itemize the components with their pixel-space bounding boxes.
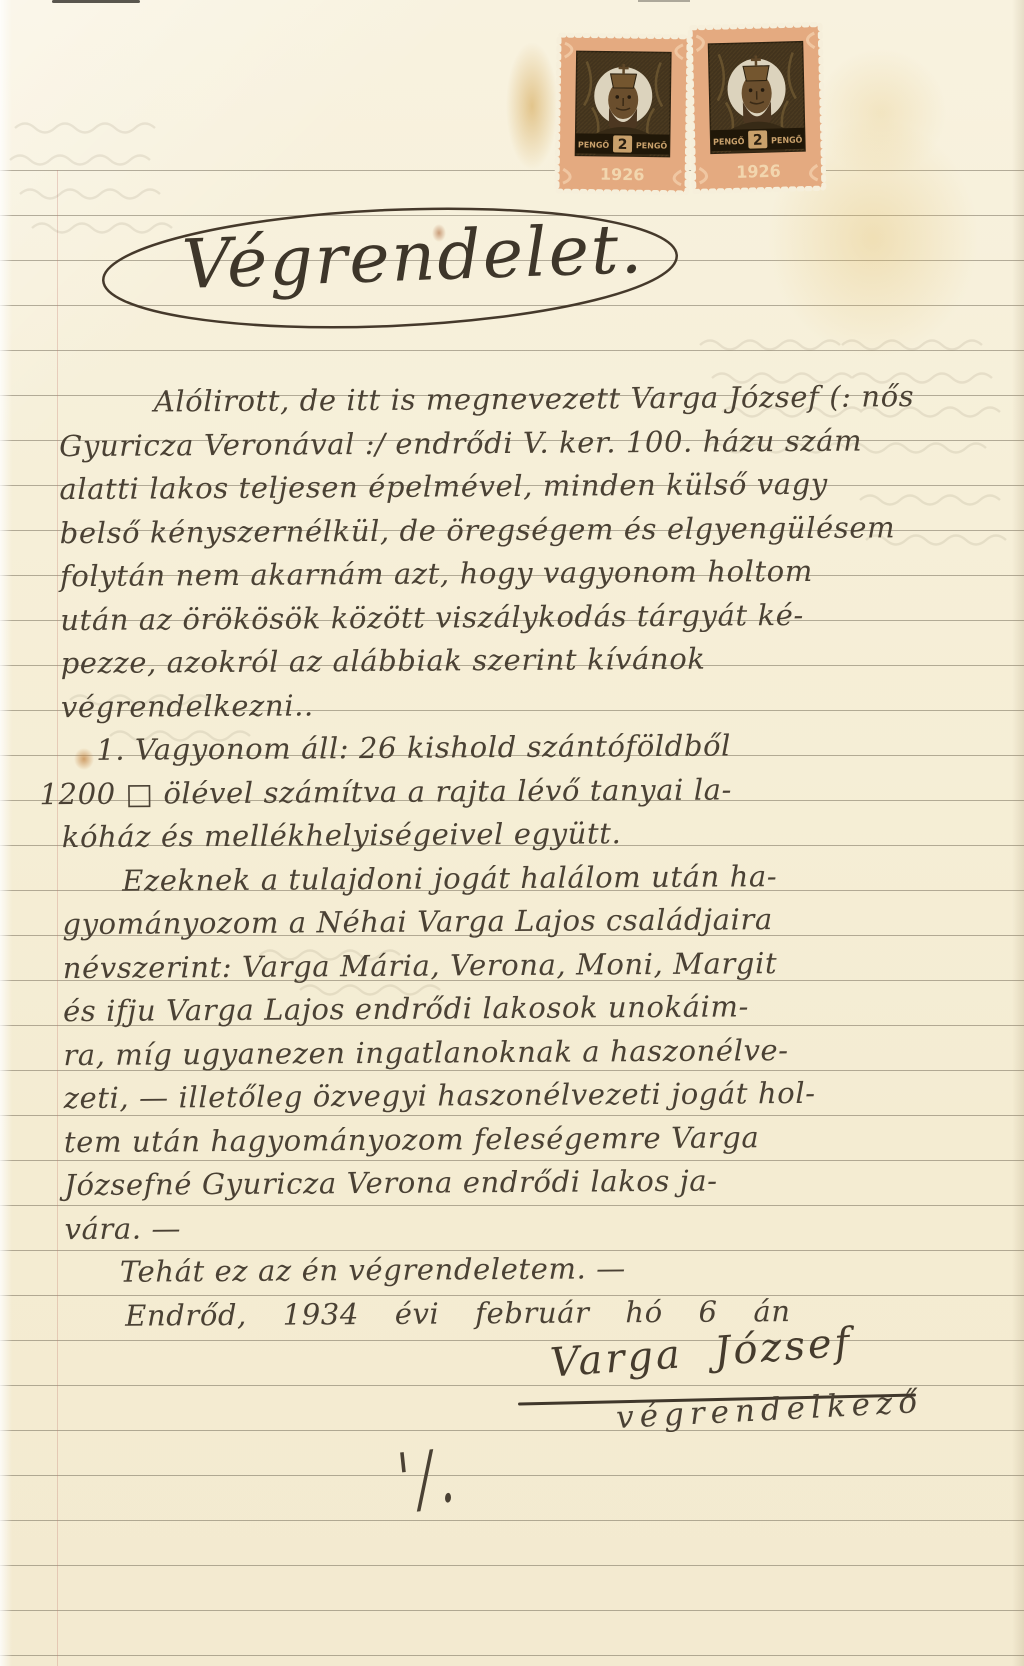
handwritten-line: Alólirott, de itt is megnevezett Varga J… xyxy=(154,374,1021,424)
crown-icon xyxy=(610,74,636,88)
scan-edge-artifact xyxy=(52,0,140,3)
handwritten-line: vára. — xyxy=(64,1201,1024,1251)
stamp-year: 1926 xyxy=(736,161,781,182)
handwritten-line: gyományozom a Néhai Varga Lajos családja… xyxy=(62,896,1024,946)
revenue-stamps: PENGŐ 2 PENGŐ 1926 PENGŐ 2 PE xyxy=(548,20,838,210)
handwritten-line: alatti lakos teljesen épelmével, minden … xyxy=(59,461,1021,511)
handwritten-line: Ezeknek a tulajdoni jogát halálom után h… xyxy=(122,853,1024,903)
crown-icon xyxy=(743,66,769,81)
handwritten-line: és ifju Varga Lajos endrődi lakosok unok… xyxy=(63,983,1024,1033)
revenue-stamp-right: PENGŐ 2 PENGŐ 1926 xyxy=(690,24,824,191)
document-page: PENGŐ 2 PENGŐ 1926 PENGŐ 2 PE xyxy=(0,0,1024,1666)
signature-role: végrendelkező xyxy=(615,1384,924,1436)
handwritten-body: Alólirott, de itt is megnevezett Varga J… xyxy=(0,374,1024,1338)
handwritten-line: folytán nem akarnám azt, hogy vagyonom h… xyxy=(60,548,1022,598)
handwritten-line: 1. Vagyonom áll: 26 kishold szántóföldbő… xyxy=(96,722,1023,772)
stamp-value: 2 xyxy=(753,132,763,149)
stamp-denomination-right: PENGŐ xyxy=(636,140,668,150)
page-title: Végrendelet. xyxy=(181,210,645,305)
handwritten-line: zeti, — illetőleg özvegyi haszonélvezeti… xyxy=(64,1070,1024,1120)
stamp-denomination-right: PENGŐ xyxy=(771,134,803,145)
revenue-stamp-left: PENGŐ 2 PENGŐ 1926 xyxy=(557,35,689,193)
scan-edge-artifact xyxy=(638,0,690,2)
handwritten-line: névszerint: Varga Mária, Verona, Moni, M… xyxy=(63,940,1024,990)
handwritten-line: tem után hagyományozom feleségemre Varga xyxy=(64,1114,1024,1164)
handwritten-line: belső kényszernélkül, de öregségem és el… xyxy=(60,505,1022,555)
handwritten-line: 1200 □ ölével számítva a rajta lévő tany… xyxy=(39,766,1023,816)
closing-mark: '/. xyxy=(394,1432,463,1524)
stamp-denomination-left: PENGŐ xyxy=(578,139,610,149)
handwritten-line: pezze, azokról az alábbiak szerint kíván… xyxy=(60,635,1022,685)
handwritten-line: után az örökösök között viszálykodás tár… xyxy=(60,592,1022,642)
handwritten-line: kóház és mellékhelyiségeivel együtt. xyxy=(62,809,1024,859)
handwritten-line: ra, míg ugyanezen ingatlanoknak a haszon… xyxy=(63,1027,1024,1077)
handwritten-line: Gyuricza Veronával :/ endrődi V. ker. 10… xyxy=(59,418,1021,468)
date-line: Endrőd, 1934 évi február hó 6 án xyxy=(125,1288,1024,1338)
handwritten-line: Józsefné Gyuricza Verona endrődi lakos j… xyxy=(64,1157,1024,1207)
handwritten-line: Tehát ez az én végrendeletem. — xyxy=(120,1244,1024,1294)
stamp-denomination-left: PENGŐ xyxy=(713,136,745,147)
stamp-year: 1926 xyxy=(600,165,645,185)
handwritten-line: végrendelkezni.. xyxy=(61,679,1023,729)
stamp-value: 2 xyxy=(618,137,628,153)
